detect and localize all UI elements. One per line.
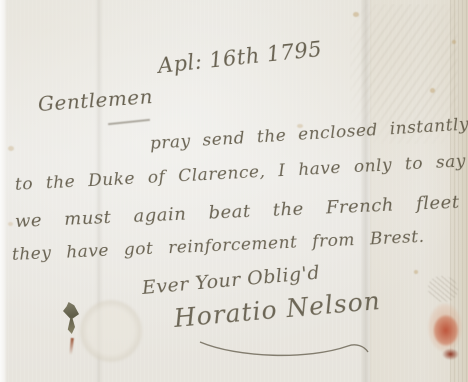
signature-flourish: [198, 336, 370, 360]
wax-seal-residue: [422, 292, 468, 366]
ring-stain: [80, 300, 142, 362]
foxing-spot: [8, 146, 14, 151]
foxing-spot: [8, 222, 13, 226]
foxing-spot: [452, 40, 456, 44]
foxing-spot: [353, 12, 359, 17]
foxing-spot: [414, 270, 418, 274]
scan-edge-left: [0, 0, 7, 382]
letter-photograph: Apl: 16th 1795 Gentlemen pray send the e…: [0, 0, 468, 382]
foxing-spot: [430, 88, 435, 93]
